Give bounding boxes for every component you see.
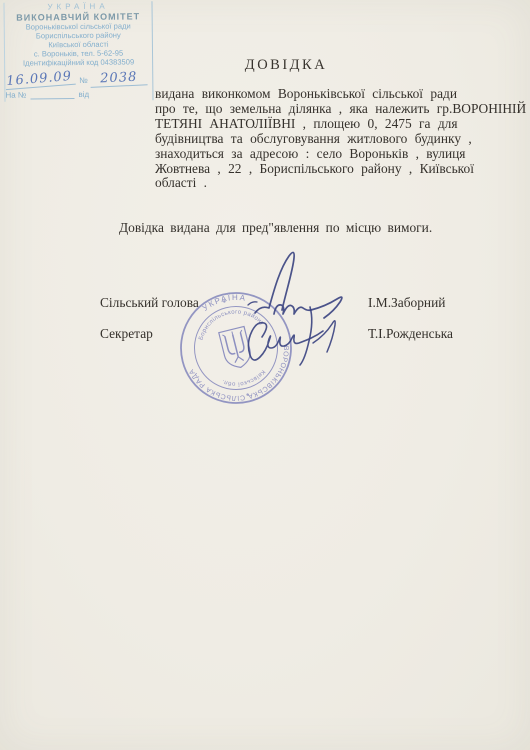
seal-inner-circle — [186, 298, 287, 399]
signer-position-secretary: Секретар — [100, 326, 153, 342]
body-line: видана виконкомом Вороньківської сільськ… — [155, 87, 530, 102]
body-line: ТЕТЯНІ АНАТОЛІЇВНІ , площею 0, 2475 га д… — [155, 117, 530, 132]
handwritten-date: 16.09.09 — [5, 70, 76, 91]
signature-head — [248, 252, 342, 318]
body-line: Жовтнева , 22 , Бориспільського району ,… — [155, 162, 530, 177]
trident-icon — [219, 326, 254, 370]
stamp-id-line: Ідентифікаційний код 04383509 — [5, 57, 152, 68]
document-body: видана виконкомом Вороньківської сільськ… — [155, 87, 530, 191]
ref-prefix: На № — [5, 91, 26, 100]
body-line: будівництва та обслуговування житлового … — [155, 132, 530, 147]
seal-separator-dot — [223, 300, 226, 303]
seal-text-inner-top: Бориспільського району — [193, 302, 265, 342]
signer-position-head: Сільський голова — [100, 295, 199, 311]
stamp-date-number-row: 16.09.09 № 2038 — [5, 68, 152, 88]
scanned-certificate-page: УКРАЇНА ВИКОНАВЧИЙ КОМІТЕТ Вороньківсько… — [0, 0, 530, 750]
seal-text-inner-bottom: Київської обл. — [220, 368, 268, 391]
body-line: знаходиться за адресою : село Вороньків … — [155, 147, 530, 162]
signer-name-secretary: Т.І.Рожденська — [368, 326, 453, 342]
signer-name-head: І.М.Заборний — [368, 295, 445, 311]
body-line: області . — [155, 176, 530, 191]
body-line: про те, що земельна ділянка , яка належи… — [155, 102, 530, 117]
stamp-reference-row: На № від — [5, 89, 152, 100]
seal-text-outer-top: УКРАЇНА — [200, 289, 250, 314]
seal-separator-dot — [246, 393, 249, 396]
signature-secretary — [248, 307, 335, 365]
ref-suffix: від — [78, 90, 89, 99]
office-stamp: УКРАЇНА ВИКОНАВЧИЙ КОМІТЕТ Вороньківсько… — [3, 1, 153, 102]
number-sign: № — [79, 76, 88, 85]
seal-text-outer-bottom: ВОРОНЬКІВСЬКА СІЛЬСЬКА РАДА — [188, 344, 300, 412]
document-title: ДОВІДКА — [155, 57, 417, 74]
purpose-line: Довідка видана для пред"явлення по місцю… — [119, 220, 432, 236]
handwritten-number: 2038 — [90, 70, 148, 88]
stamp-country-line: УКРАЇНА — [4, 1, 151, 13]
ref-blank-line — [30, 90, 74, 99]
